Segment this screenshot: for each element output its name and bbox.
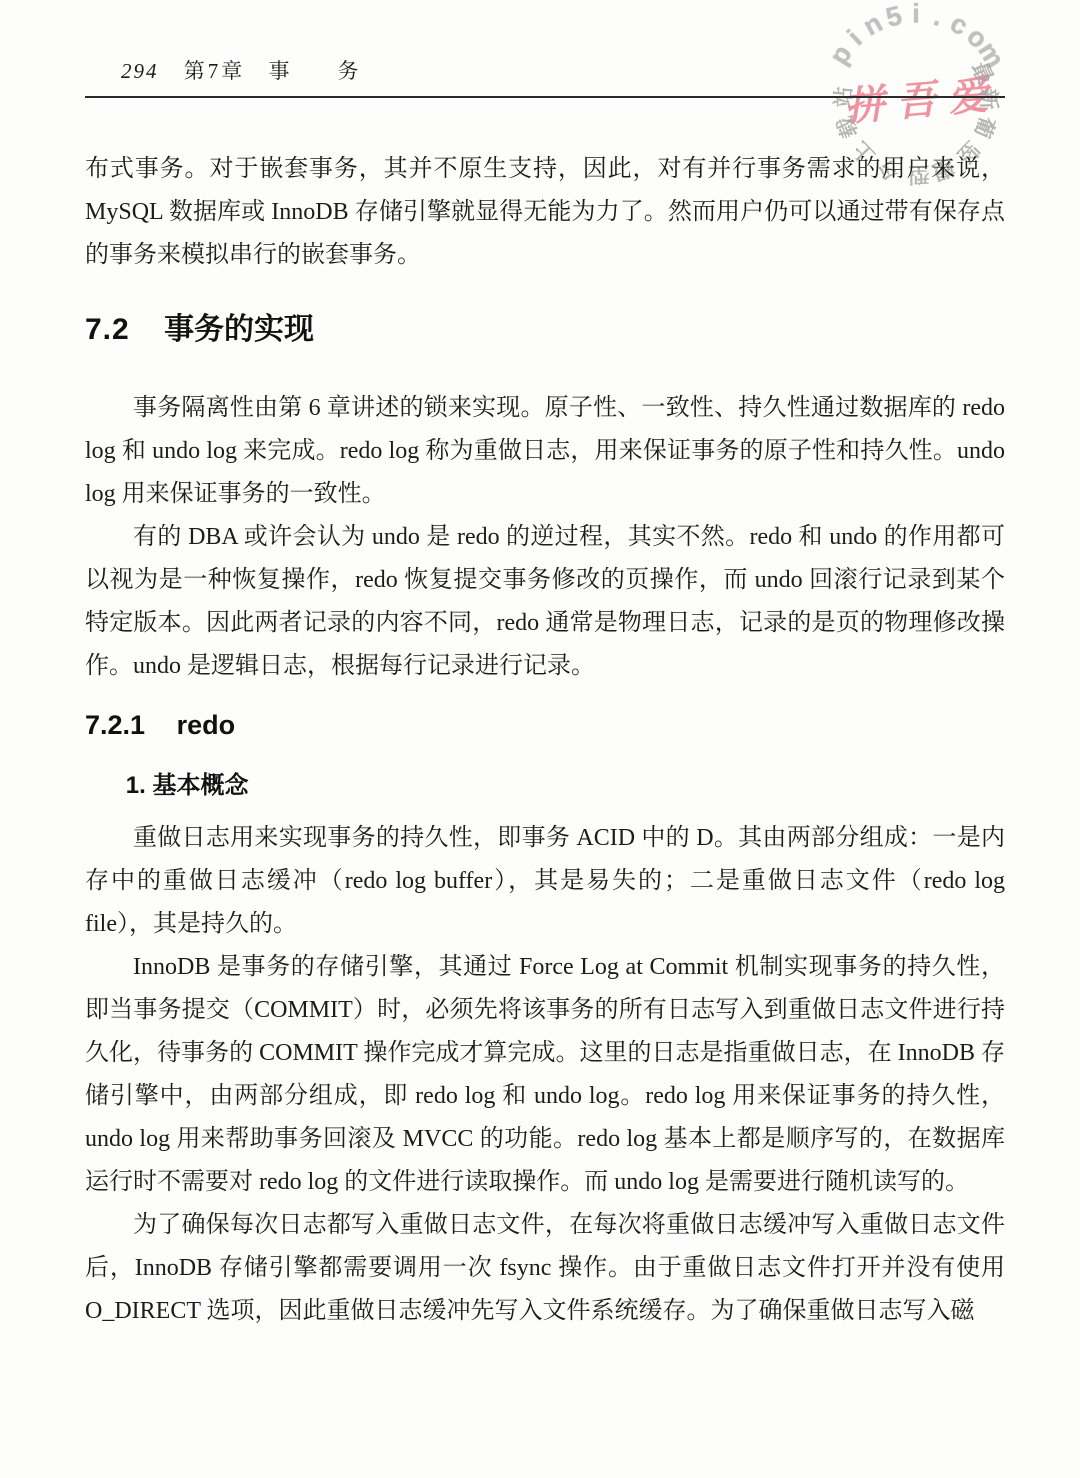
running-header: 294 第7章 事 务 <box>85 58 1005 98</box>
point-heading-basic-concept: 1. 基本概念 <box>85 772 1005 799</box>
paragraph-fsync-odirect: 为了确保每次日志都写入重做日志文件，在每次将重做日志缓冲写入重做日志文件后，In… <box>85 1204 1005 1333</box>
paragraph-force-log-at-commit: InnoDB 是事务的存储引擎，其通过 Force Log at Commit … <box>85 946 1005 1204</box>
section-heading-7-2: 7.2 事务的实现 <box>85 313 1005 347</box>
paragraph-redo-log-components: 重做日志用来实现事务的持久性，即事务 ACID 中的 D。其由两部分组成：一是内… <box>85 817 1005 946</box>
chapter-title: 事 务 <box>269 59 361 83</box>
subsection-title: redo <box>177 710 236 740</box>
paragraph-distributed-transactions: 布式事务。对于嵌套事务，其并不原生支持，因此，对有并行事务需求的用户来说，MyS… <box>85 148 1005 277</box>
subsection-number: 7.2.1 <box>85 710 145 740</box>
chapter-label: 第7章 <box>184 59 246 83</box>
paragraph-redo-undo-difference: 有的 DBA 或许会认为 undo 是 redo 的逆过程，其实不然。redo … <box>85 516 1005 688</box>
subsection-heading-7-2-1: 7.2.1 redo <box>85 710 1005 740</box>
page-number: 294 <box>121 59 159 83</box>
section-number: 7.2 <box>85 313 130 346</box>
book-page: 拼吾爱 pin5i.com最新葡竖塑型今上载站 294 第7章 事 务 布式事务… <box>0 0 1080 1478</box>
paragraph-isolation-locks: 事务隔离性由第 6 章讲述的锁来实现。原子性、一致性、持久性通过数据库的 red… <box>85 387 1005 516</box>
page-content: 294 第7章 事 务 布式事务。对于嵌套事务，其并不原生支持，因此，对有并行事… <box>85 0 1005 1333</box>
section-title: 事务的实现 <box>164 313 314 346</box>
